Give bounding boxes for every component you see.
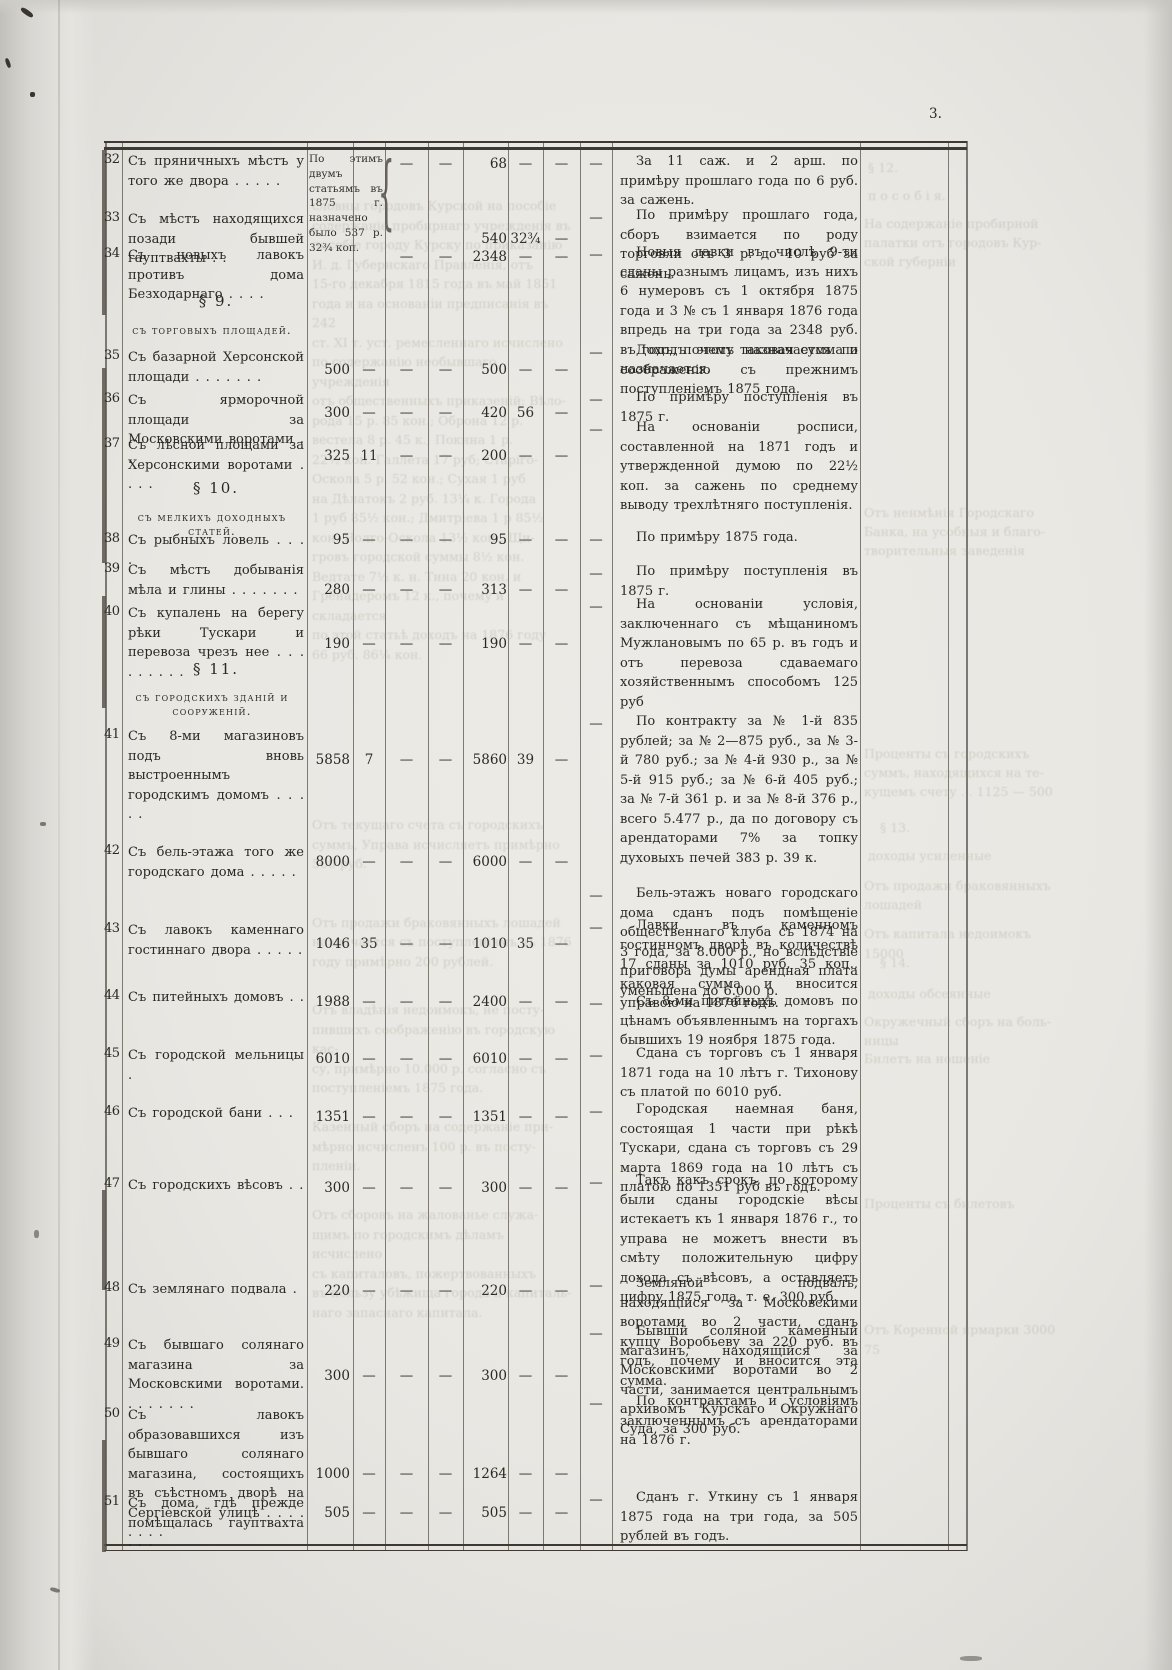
- vertical-rule: [860, 141, 861, 1551]
- table-row-number: 38: [104, 531, 124, 546]
- row-description: Съ городскихъ вѣсовъ . .: [128, 1176, 304, 1196]
- amount-1876-kop: —: [509, 1466, 542, 1482]
- bleedthrough-line: кон. Нолго-Оскола 13½ кон.; Щи-: [312, 528, 576, 548]
- row-description: Съ купалень на берегу рѣки Тускари и пер…: [128, 604, 304, 682]
- scan-speck: [30, 92, 35, 97]
- bleedthrough-line: 1 руб 85½ кон.; Дмитріева 1 р 85½: [312, 508, 576, 528]
- bleedthrough-line: наго запаснаго капитала.: [312, 1303, 576, 1323]
- col-dash: —: [581, 599, 611, 615]
- col-dash: —: [429, 1466, 462, 1482]
- bleedthrough-block: Отъ владѣнія недоимокъ, не посту-пившихъ…: [312, 1000, 576, 1176]
- bleedthrough-line: 500 руб.: [312, 854, 576, 874]
- amount-1875-kop: —: [354, 1368, 384, 1384]
- bleedthrough-line: ст. XI т. уст. ремесленнаго исчислено: [312, 333, 576, 353]
- bleedthrough-line: вестела 8 р. 45 к.; Покина 1 р.: [312, 430, 576, 450]
- amount-1876-rub: 300: [461, 1368, 507, 1384]
- bleedthrough-line: года и на основаніи предписанія въ 242: [312, 294, 576, 333]
- bleedthrough-line: [312, 1098, 576, 1118]
- bleedthrough-line: су, примѣрно 10.000 р. согласно съ: [312, 1059, 576, 1079]
- col-dash: —: [386, 1180, 427, 1196]
- table-row-number: 44: [104, 988, 124, 1003]
- row-description: Съ бель-этажа того же городскаго дома . …: [128, 843, 304, 882]
- amount-1876-rub: 505: [461, 1505, 507, 1521]
- scan-top-edge-shadow: [0, 0, 1172, 14]
- amount-1875-rub: 5858: [306, 752, 350, 768]
- col-dash: —: [386, 1368, 427, 1384]
- row-description: Съ 8-ми магазиновъ подъ вновь выстроенны…: [128, 727, 304, 825]
- table-row-number: 51: [104, 1494, 124, 1509]
- row-description: Съ бывшаго солянаго магазина за Московск…: [128, 1336, 304, 1414]
- col-dash: —: [544, 1180, 579, 1196]
- bleedthrough-line: году примѣрно 200 рублей.: [312, 952, 576, 972]
- vertical-rule: [612, 141, 613, 1551]
- note-text: На основаніи росписи, составленной на 18…: [620, 418, 858, 516]
- col-dash: —: [581, 1048, 611, 1064]
- bleedthrough-line: съ капиталовъ, пожертвованныхъ: [312, 1264, 576, 1284]
- col-dash: —: [581, 1175, 611, 1191]
- bleedthrough-line: содержаніе пробирнаго учрежденія въ: [312, 216, 576, 236]
- col-dash: —: [386, 1505, 427, 1521]
- col-dash: —: [581, 888, 611, 904]
- col-dash: —: [581, 392, 611, 408]
- col-dash: —: [581, 1326, 611, 1342]
- col-dash: —: [581, 716, 611, 732]
- bleedthrough-block: словны городовъ Курской на пособіесодерж…: [312, 196, 576, 664]
- paper-crease: [58, 0, 60, 1670]
- left-border-heavy-mark: [102, 150, 106, 315]
- scan-left-edge-shadow: [0, 0, 95, 1670]
- bleedthrough-line: пособіе городу Курску по приказанію: [312, 235, 576, 255]
- bleedthrough-line: Отъ владѣнія недоимокъ, не посту-: [312, 1000, 576, 1020]
- bleedthrough-line: 22½ кон. Галлета 17 руб; Старіго-: [312, 450, 576, 470]
- bleedthrough-text: доходы обсеянные: [868, 984, 1068, 1004]
- note-text: За 11 саж. и 2 арш. по примѣру прошлаго …: [620, 152, 858, 211]
- bleedthrough-line: Отъ сборовъ на жалованье служа-: [312, 1205, 576, 1225]
- amount-1876-kop: —: [509, 1505, 542, 1521]
- note-text: По контракту за № 1-й 835 рублей; за № 2…: [620, 712, 858, 868]
- col-dash: —: [581, 210, 611, 226]
- scan-right-edge-shadow: [1144, 0, 1172, 1670]
- bleedthrough-line: [312, 893, 576, 913]
- bleedthrough-line: 15-го декабря 1815 года въ май 1851: [312, 274, 576, 294]
- page-number: 3.: [929, 106, 942, 122]
- col-dash: —: [581, 1278, 611, 1294]
- amount-1876-rub: 68: [461, 156, 507, 172]
- bleedthrough-line: Ведтате 7½ к. н. Тина 20 кон. и: [312, 567, 576, 587]
- bleedthrough-text: На содержаніе пробирной: [864, 214, 1064, 234]
- bleedthrough-line: отъ общественныхъ приказеній: Вѣло-: [312, 391, 576, 411]
- amount-1876-kop: —: [509, 156, 542, 172]
- bleedthrough-text: Отъ продажи браковянныхъ: [864, 876, 1064, 896]
- scan-speck: [34, 1230, 39, 1238]
- col-dash: —: [581, 566, 611, 582]
- col-dash: —: [386, 752, 427, 768]
- bleedthrough-line: 66 руб. 86¼ кон.: [312, 645, 576, 665]
- amount-1875-kop: —: [354, 1466, 384, 1482]
- table-row-number: 35: [104, 348, 124, 363]
- table-row-number: 40: [104, 604, 124, 619]
- bleedthrough-block: Отъ сборовъ на жалованье служа-щимъ по г…: [312, 1205, 576, 1322]
- amount-1876-kop: 39: [509, 752, 542, 768]
- col-dash: —: [429, 1505, 462, 1521]
- col-dash: —: [581, 1104, 611, 1120]
- horizontal-rule: [104, 147, 967, 150]
- table-row-number: 50: [104, 1406, 124, 1421]
- col-dash: —: [429, 156, 462, 172]
- table-row-number: 37: [104, 436, 124, 451]
- amount-1875-rub: 300: [306, 1368, 350, 1384]
- bleedthrough-line: суммъ, Управа исчисляетъ примѣрно: [312, 835, 576, 855]
- col-dash: —: [386, 156, 427, 172]
- left-border-heavy-mark: [102, 1190, 106, 1290]
- table-row-number: 39: [104, 561, 124, 576]
- table-row-number: 45: [104, 1046, 124, 1061]
- section-title-11: съ городскихъ зданій и сооруженій.: [112, 690, 312, 718]
- col-dash: —: [544, 752, 579, 768]
- bleedthrough-line: [312, 874, 576, 894]
- col-dash: —: [581, 532, 611, 548]
- bleedthrough-text: Окружечный сборъ на боль-: [864, 1012, 1064, 1032]
- vertical-rule: [307, 141, 308, 1551]
- scanned-page-background: 3. По этимъ двумъ статьямъ въ 1875 г. на…: [0, 0, 1172, 1670]
- bleedthrough-text: п о с о б і я.: [868, 186, 1068, 206]
- col-dash: —: [581, 1492, 611, 1508]
- bleedthrough-text: Проценты съ билетовъ: [864, 1194, 1064, 1214]
- row-description: Съ мѣстъ добыванія мѣла и глины . . . . …: [128, 561, 304, 600]
- bleedthrough-line: пленіи.: [312, 1156, 576, 1176]
- row-description: Съ городской бани . . .: [128, 1104, 304, 1124]
- table-row-number: 47: [104, 1176, 124, 1191]
- table-row-number: 48: [104, 1280, 124, 1295]
- bleedthrough-text: лошадей: [864, 895, 1064, 915]
- bleedthrough-line: поступленіемъ 1875 года.: [312, 1078, 576, 1098]
- col-dash: —: [544, 1466, 579, 1482]
- bleedthrough-line: рода 15 р. 85 кон.; Оброна 12 р.: [312, 411, 576, 431]
- amount-1876-kop: —: [509, 1368, 542, 1384]
- row-description: Съ питейныхъ домовъ . .: [128, 988, 304, 1008]
- bleedthrough-line: Казенный сборъ на содержаніе при-: [312, 1117, 576, 1137]
- col-dash: —: [581, 1396, 611, 1412]
- bleedthrough-block: Отъ текущаго счета съ городскихъсуммъ, У…: [312, 815, 576, 971]
- bleedthrough-line: Гренадеромъ 12 к., почему и складается: [312, 586, 576, 625]
- col-dash: —: [581, 156, 611, 172]
- bleedthrough-text: Банка, на усобныя и благо-: [864, 522, 1064, 542]
- bleedthrough-line: Оскола 5 р. 52 кон.; Сухая 1 руб: [312, 469, 576, 489]
- bleedthrough-text: ской губерніи: [864, 252, 1064, 272]
- table-row-number: 42: [104, 843, 124, 858]
- bleedthrough-line: Отъ продажи браковянныхъ лошадей: [312, 913, 576, 933]
- bleedthrough-text: Проценты съ городскихъ: [864, 744, 1064, 764]
- note-text: На основаніи условія, заключеннаго съ мѣ…: [620, 595, 858, 712]
- table-row-number: 49: [104, 1336, 124, 1351]
- col-dash: —: [429, 1368, 462, 1384]
- bleedthrough-text: кущемъ счету . . 1125 — 500: [864, 782, 1064, 802]
- table-row-number: 41: [104, 727, 124, 742]
- note-text: Сдана съ торговъ съ 1 января 1871 года н…: [620, 1044, 858, 1103]
- bleedthrough-line: гровъ городской суммы 8½ кон.: [312, 547, 576, 567]
- bleedthrough-text: доходы усиленные: [868, 846, 1068, 866]
- table-row-number: 46: [104, 1104, 124, 1119]
- row-description: Съ дома, гдѣ прежде помѣщалась гауптвахт…: [128, 1494, 304, 1553]
- col-dash: —: [581, 996, 611, 1012]
- bleedthrough-text: суммъ, находящихся на те-: [864, 763, 1064, 783]
- bleedthrough-line: назначается съ поступленіямъ въ 1876: [312, 932, 576, 952]
- bleedthrough-line: И. д. Губернскаго Правленія, отъ: [312, 255, 576, 275]
- bleedthrough-line: пившихъ соображенію въ городскую кас-: [312, 1020, 576, 1059]
- bleedthrough-line: мѣрно исчисленъ 100 р. въ посту-: [312, 1137, 576, 1157]
- amount-1875-kop: —: [354, 1505, 384, 1521]
- amount-1875-rub: 300: [306, 1180, 350, 1196]
- bleedthrough-text: Отъ ненмѣнія Городскаго: [864, 503, 1064, 523]
- note-text: По контрактамъ и условіямъ заключеннымъ …: [620, 1392, 858, 1451]
- bleedthrough-line: Отъ текущаго счета съ городскихъ: [312, 815, 576, 835]
- bleedthrough-text: творительныя заведенія: [864, 541, 1064, 561]
- bleedthrough-line: щимъ по городскимъ дѣламъ исчислено: [312, 1225, 576, 1264]
- table-row-number: 43: [104, 921, 124, 936]
- amount-1876-rub: 300: [461, 1180, 507, 1196]
- col-dash: —: [386, 1466, 427, 1482]
- amount-1876-rub: 5860: [461, 752, 507, 768]
- row-description: Съ землянаго подвала .: [128, 1280, 304, 1300]
- amount-1875-kop: 7: [354, 752, 384, 768]
- col-dash: —: [581, 247, 611, 263]
- bleedthrough-line: по содержанію необывшаго учрежденія: [312, 352, 576, 391]
- col-dash: —: [429, 1180, 462, 1196]
- note-text: По примѣру 1875 года.: [620, 528, 858, 548]
- bleedthrough-text: § 13.: [880, 818, 1080, 838]
- col-dash: —: [544, 1368, 579, 1384]
- row-description: Съ пряничныхъ мѣстъ у того же двора . . …: [128, 152, 304, 191]
- col-dash: —: [429, 752, 462, 768]
- row-description: Съ новыхъ лавокъ противъ дома Безходарна…: [128, 246, 304, 305]
- table-row-number: 34: [104, 246, 124, 261]
- table-row-number: 32: [104, 152, 124, 167]
- row-description: Съ городской мельницы .: [128, 1046, 304, 1085]
- bleedthrough-text: ницы: [864, 1031, 1064, 1051]
- amount-1876-rub: 1264: [461, 1466, 507, 1482]
- bleedthrough-line: въ пользу убѣжища города и капиталь-: [312, 1283, 576, 1303]
- bleedthrough-text: § 12.: [868, 158, 1068, 178]
- bleedthrough-text: Отъ Коренной ярмарки 3000 75: [864, 1320, 1064, 1359]
- col-dash: —: [544, 156, 579, 172]
- scan-speck: [40, 822, 46, 826]
- bleedthrough-text: § 14.: [880, 953, 1080, 973]
- scan-speck: [960, 1656, 982, 1661]
- col-dash: —: [544, 1505, 579, 1521]
- table-row-number: 33: [104, 210, 124, 225]
- bleedthrough-line: по этой статьѣ доходъ на 1876 году: [312, 625, 576, 645]
- bleedthrough-text: палатки отъ городовъ Кур-: [864, 233, 1064, 253]
- note-text: Сданъ г. Уткину съ 1 января 1875 года на…: [620, 1488, 858, 1547]
- amount-1875-kop: —: [354, 1180, 384, 1196]
- bleedthrough-text: Билетъ на ношеніе: [864, 1049, 1064, 1069]
- col-dash: —: [581, 422, 611, 438]
- horizontal-rule: [104, 141, 967, 143]
- row-description: Съ базарной Херсонской площади . . . . .…: [128, 348, 304, 387]
- table-row-number: 36: [104, 391, 124, 406]
- amount-1875-rub: 505: [306, 1505, 350, 1521]
- note-text: Съ 8-ми питейныхъ домовъ по цѣнамъ объяв…: [620, 992, 858, 1051]
- row-description: Съ лавокъ каменнаго гостиннаго двора . .…: [128, 921, 304, 960]
- bleedthrough-line: на Дѣлатокъ 2 руб. 13¼ к. Города: [312, 489, 576, 509]
- col-dash: —: [581, 345, 611, 361]
- amount-1875-rub: 1000: [306, 1466, 350, 1482]
- section-title-9: съ торговыхъ площадей.: [112, 323, 312, 337]
- row-description: Съ лѣсной площами за Херсонскими воротам…: [128, 436, 304, 495]
- col-dash: —: [581, 920, 611, 936]
- amount-1876-kop: —: [509, 1180, 542, 1196]
- bleedthrough-line: словны городовъ Курской на пособіе: [312, 196, 576, 216]
